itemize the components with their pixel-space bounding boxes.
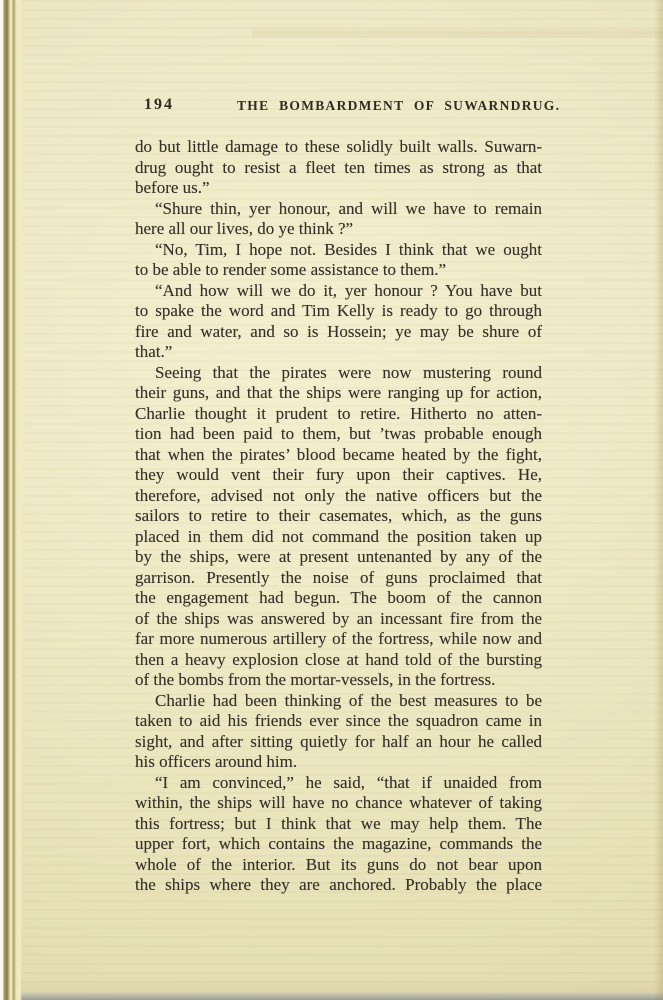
text-line: by the ships, were at present untenanted… [135, 547, 542, 568]
text-line: fire and water, and so is Hossein; ye ma… [135, 322, 542, 343]
scan-artifact-band [252, 27, 663, 39]
text-line: upper fort, which contains the magazine,… [135, 834, 542, 855]
text-line: their guns, and that the ships were rang… [135, 383, 542, 404]
text-line: drug ought to resist a fleet ten times a… [135, 158, 542, 179]
page-right-edge [654, 0, 663, 1000]
text-line: this fortress; but I think that we may h… [135, 814, 542, 835]
text-line: the engagement had begun. The boom of th… [135, 588, 542, 609]
text-line: to be able to render some assistance to … [135, 260, 542, 281]
text-line: therefore, advised not only the native o… [135, 486, 542, 507]
page-number: 194 [144, 96, 174, 114]
text-line: within, the ships will have no chance wh… [135, 793, 542, 814]
body-text: do but little damage to these solidly bu… [135, 137, 542, 896]
text-line: sight, and after sitting quietly for hal… [135, 732, 542, 753]
text-line: taken to aid his friends ever since the … [135, 711, 542, 732]
text-line: here all our lives, do ye think ?” [135, 219, 542, 240]
text-line: that.” [135, 342, 542, 363]
text-line: “I am convinced,” he said, “that if unai… [135, 773, 542, 794]
text-line: “Shure thin, yer honour, and will we hav… [135, 199, 542, 220]
text-line: the ships where they are anchored. Proba… [135, 875, 542, 896]
text-line: tion had been paid to them, but ’twas pr… [135, 424, 542, 445]
text-line: of the bombs from the mortar-vessels, in… [135, 670, 542, 691]
book-page-scan: 194 THE BOMBARDMENT OF SUWARNDRUG. do bu… [0, 0, 663, 1000]
text-line: far more numerous artillery of the fortr… [135, 629, 542, 650]
text-line: that when the pirates’ blood became heat… [135, 445, 542, 466]
text-line: then a heavy explosion close at hand tol… [135, 650, 542, 671]
text-line: Charlie had been thinking of the best me… [135, 691, 542, 712]
text-line: Seeing that the pirates were now musteri… [135, 363, 542, 384]
text-line: Charlie thought it prudent to retire. Hi… [135, 404, 542, 425]
text-line: do but little damage to these solidly bu… [135, 137, 542, 158]
book-binding-edge [0, 0, 22, 1000]
text-line: “No, Tim, I hope not. Besides I think th… [135, 240, 542, 261]
text-line: they would vent their fury upon their ca… [135, 465, 542, 486]
page-bottom-edge [0, 991, 663, 1000]
running-title: THE BOMBARDMENT OF SUWARNDRUG. [237, 98, 560, 114]
page-bottom-fade [0, 975, 663, 991]
page-header: 194 THE BOMBARDMENT OF SUWARNDRUG. [0, 96, 663, 116]
text-line: his officers around him. [135, 752, 542, 773]
text-line: sailors to retire to their casemates, wh… [135, 506, 542, 527]
text-line: placed in them did not command the posit… [135, 527, 542, 548]
text-line: before us.” [135, 178, 542, 199]
text-line: to spake the word and Tim Kelly is ready… [135, 301, 542, 322]
text-line: of the ships was answered by an incessan… [135, 609, 542, 630]
text-line: garrison. Presently the noise of guns pr… [135, 568, 542, 589]
text-line: whole of the interior. But its guns do n… [135, 855, 542, 876]
text-line: “And how will we do it, yer honour ? You… [135, 281, 542, 302]
